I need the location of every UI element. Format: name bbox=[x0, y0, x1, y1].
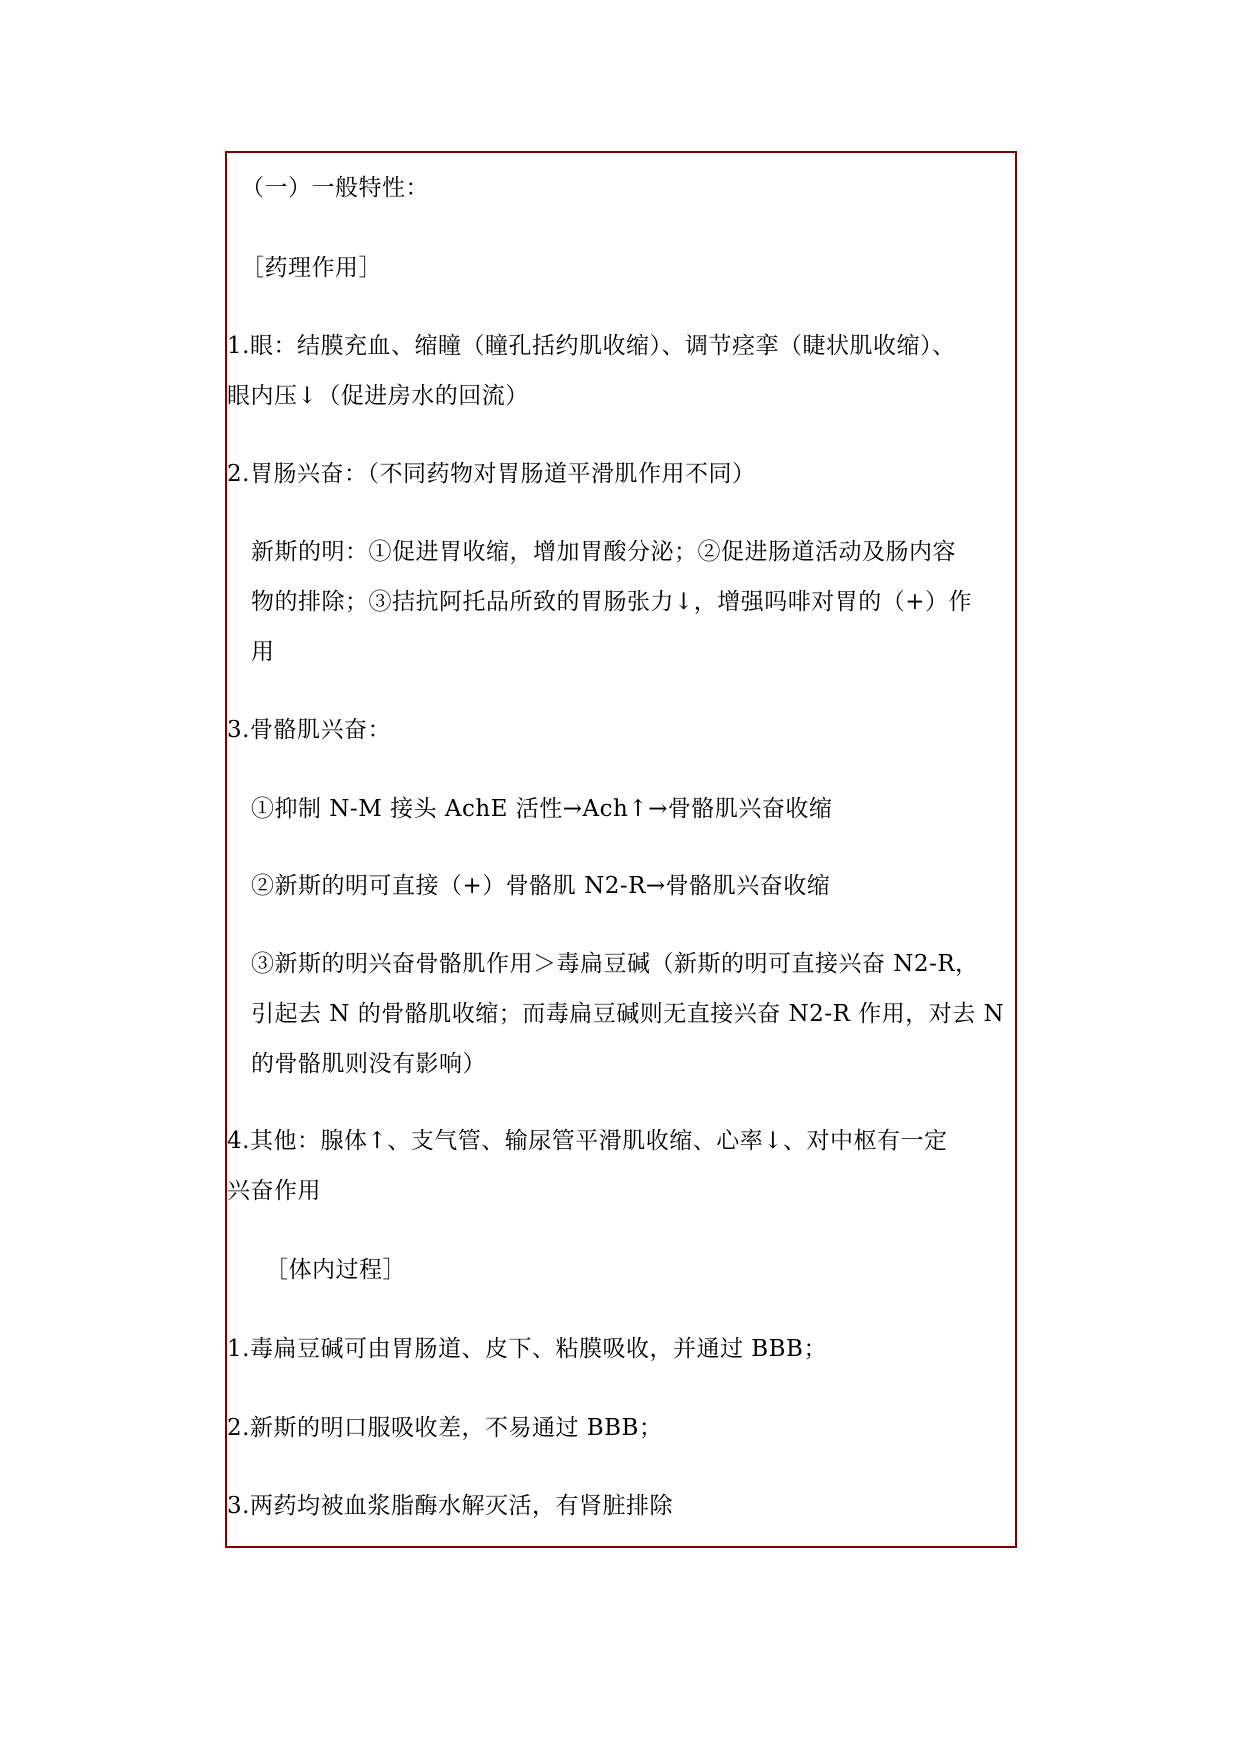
skeletal-sub-2: ②新斯的明可直接（+）骨骼肌 N2-R→骨骼肌兴奋收缩 bbox=[251, 861, 1011, 911]
skeletal-sub-3-line-3: 的骨骼肌则没有影响） bbox=[251, 1039, 1004, 1089]
gi-neostigmine-line-1: 新斯的明：①促进胃收缩，增加胃酸分泌；②促进肠道活动及肠内容 bbox=[251, 527, 972, 577]
pharm-item-other-line-1: 4.其他：腺体↑、支气管、输尿管平滑肌收缩、心率↓、对中枢有一定 bbox=[227, 1116, 948, 1166]
skeletal-sub-1: ①抑制 N-M 接头 AchE 活性→Ach↑→骨骼肌兴奋收缩 bbox=[251, 784, 1011, 834]
skeletal-sub-3: ③新斯的明兴奋骨骼肌作用＞毒扁豆碱（新斯的明可直接兴奋 N2-R， 引起去 N … bbox=[251, 939, 1004, 1089]
pharm-item-gi-neostigmine: 新斯的明：①促进胃收缩，增加胃酸分泌；②促进肠道活动及肠内容 物的排除；③拮抗阿… bbox=[251, 527, 972, 677]
skeletal-sub-3-line-1: ③新斯的明兴奋骨骼肌作用＞毒扁豆碱（新斯的明可直接兴奋 N2-R， bbox=[251, 939, 1004, 989]
pharm-item-gi: 2.胃肠兴奋：（不同药物对胃肠道平滑肌作用不同） bbox=[227, 449, 1011, 499]
pharm-item-eye-line-2: 眼内压↓（促进房水的回流） bbox=[227, 371, 955, 421]
in-vivo-item-2: 2.新斯的明口服吸收差，不易通过 BBB； bbox=[227, 1403, 1011, 1453]
section-title: （一）一般特性： bbox=[241, 163, 1011, 213]
pharm-item-eye-line-1: 1.眼：结膜充血、缩瞳（瞳孔括约肌收缩）、调节痉挛（睫状肌收缩）、 bbox=[227, 321, 955, 371]
in-vivo-heading: ［体内过程］ bbox=[265, 1245, 1011, 1295]
document-box: （一）一般特性： ［药理作用］ 1.眼：结膜充血、缩瞳（瞳孔括约肌收缩）、调节痉… bbox=[225, 151, 1017, 1548]
pharm-item-other-line-2: 兴奋作用 bbox=[227, 1166, 948, 1216]
in-vivo-item-3: 3.两药均被血浆脂酶水解灭活，有肾脏排除 bbox=[227, 1481, 1011, 1531]
pharm-item-other: 4.其他：腺体↑、支气管、输尿管平滑肌收缩、心率↓、对中枢有一定 兴奋作用 bbox=[227, 1116, 948, 1216]
pharm-item-eye: 1.眼：结膜充血、缩瞳（瞳孔括约肌收缩）、调节痉挛（睫状肌收缩）、 眼内压↓（促… bbox=[227, 321, 955, 421]
gi-neostigmine-line-3: 用 bbox=[251, 627, 972, 677]
pharm-item-skeletal-muscle: 3.骨骼肌兴奋： bbox=[227, 705, 1011, 755]
pharmacology-heading: ［药理作用］ bbox=[241, 243, 1011, 293]
in-vivo-item-1: 1.毒扁豆碱可由胃肠道、皮下、粘膜吸收，并通过 BBB； bbox=[227, 1324, 1011, 1374]
skeletal-sub-3-line-2: 引起去 N 的骨骼肌收缩；而毒扁豆碱则无直接兴奋 N2-R 作用，对去 N bbox=[251, 989, 1004, 1039]
gi-neostigmine-line-2: 物的排除；③拮抗阿托品所致的胃肠张力↓，增强吗啡对胃的（+）作 bbox=[251, 577, 972, 627]
